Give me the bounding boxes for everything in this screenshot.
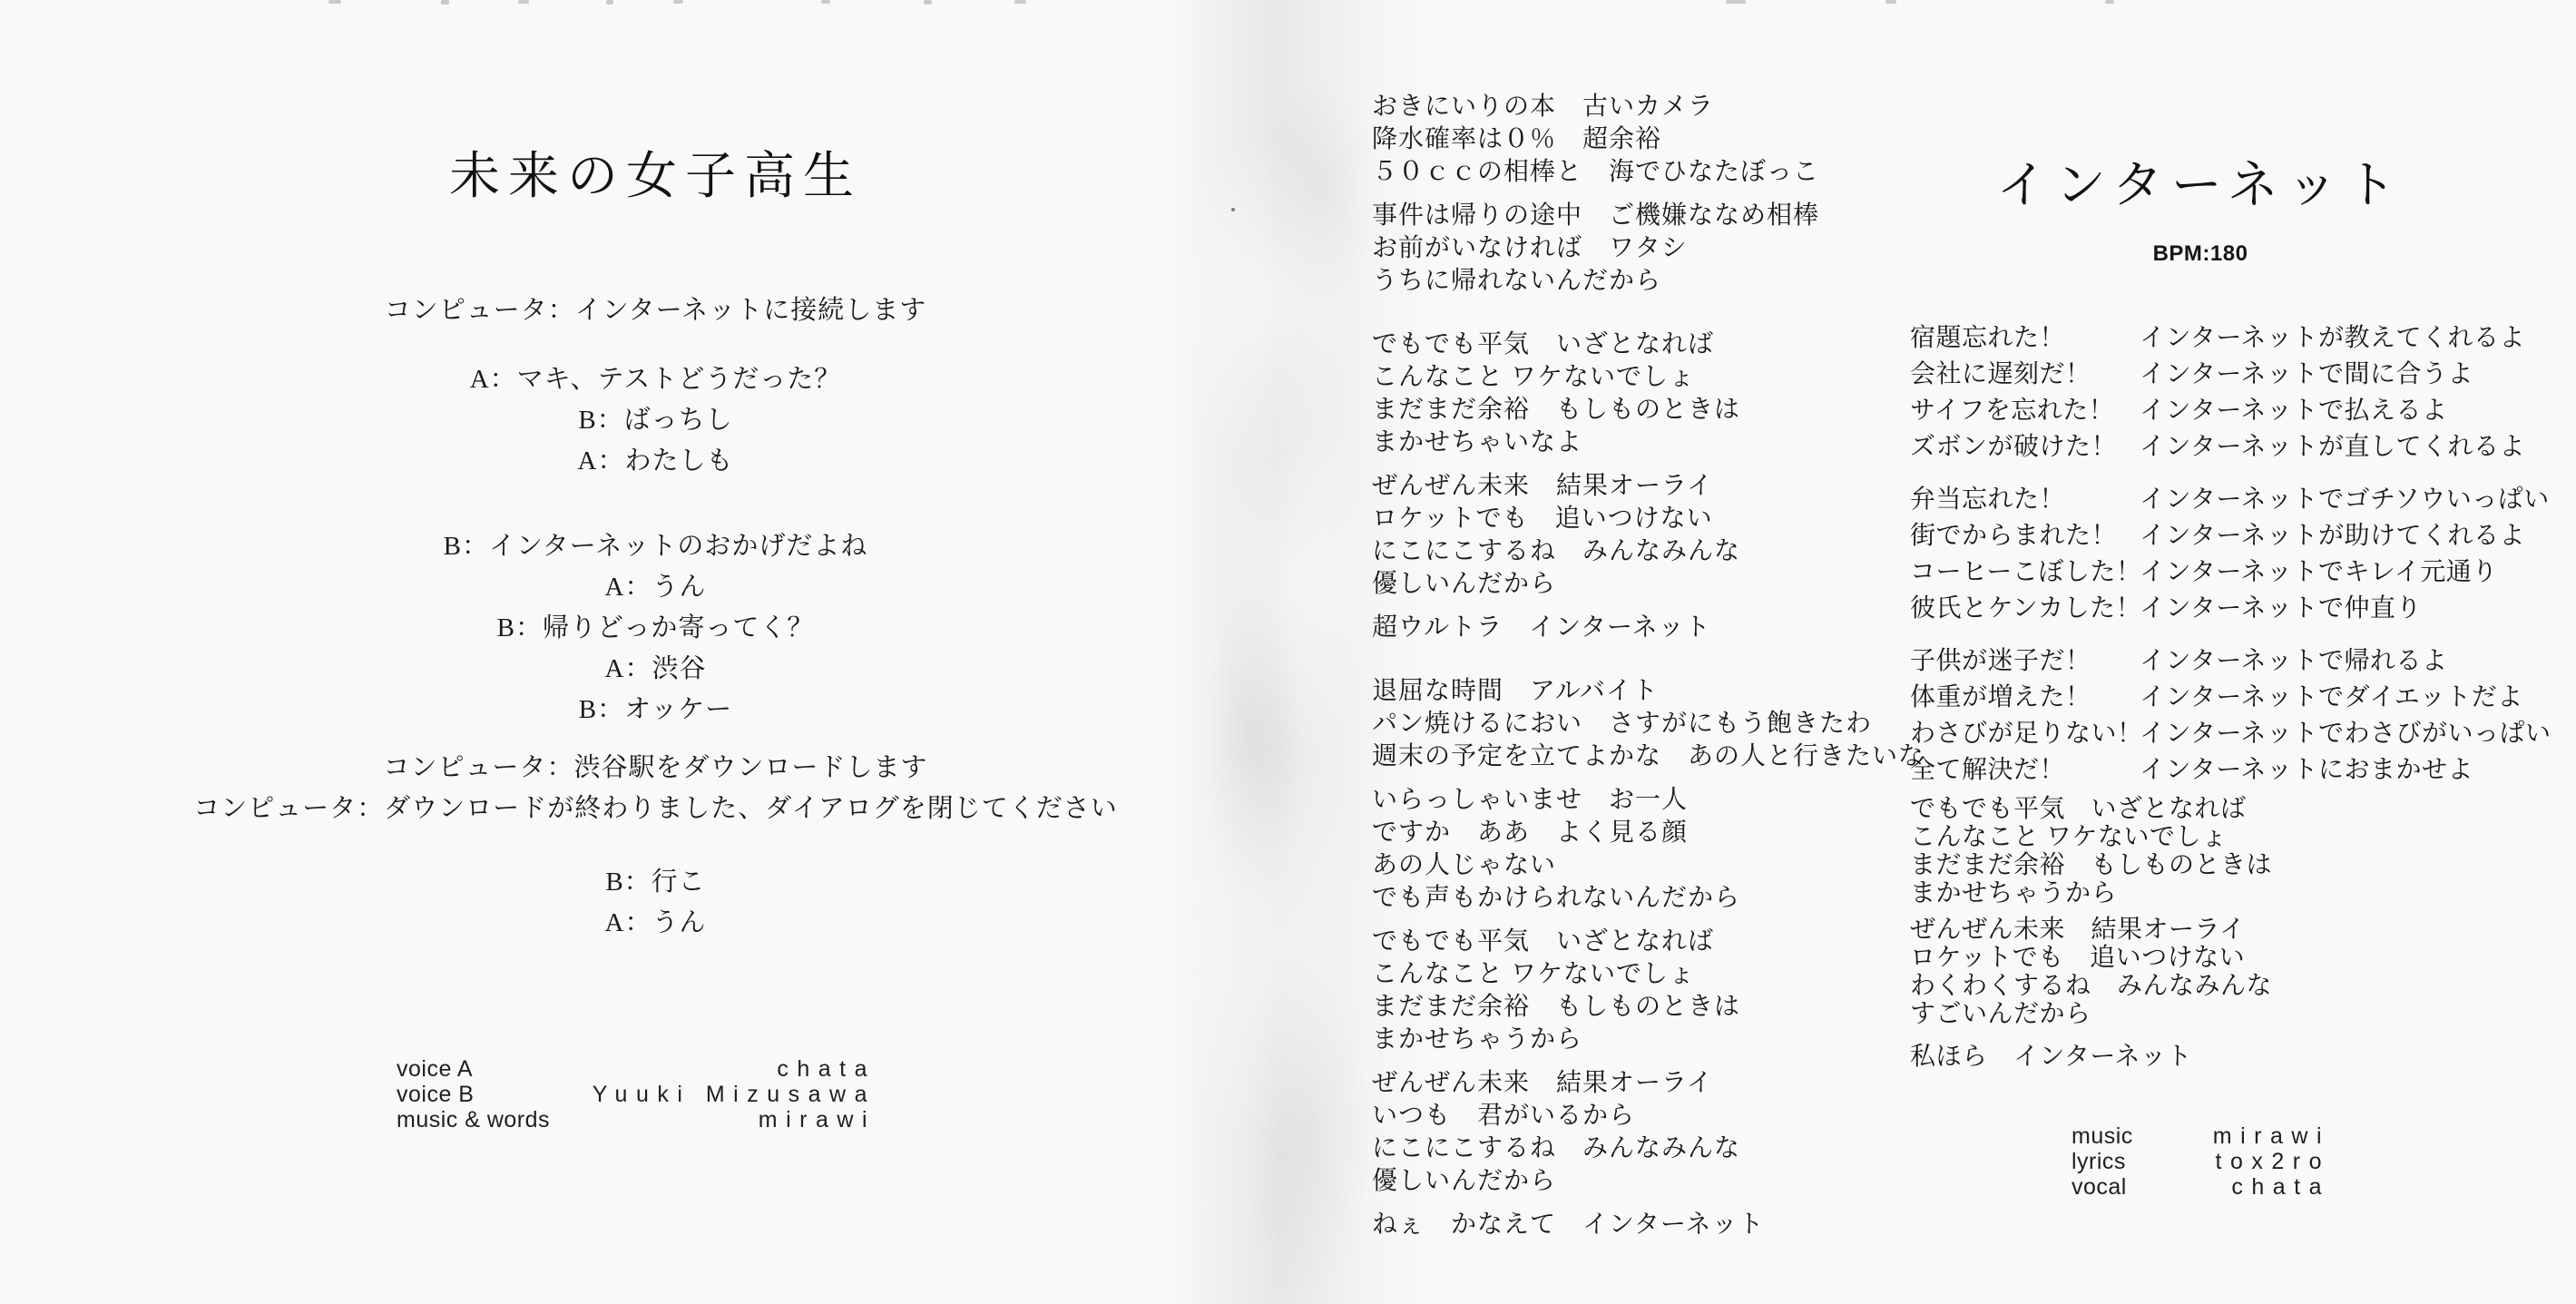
outro-line: 私ほら インターネット: [1910, 1036, 2192, 1073]
lyric-line: 優しいんだから: [1372, 1165, 1934, 1198]
lyric-line: こんなこと ワケないでしょ: [1910, 823, 2563, 851]
lyric-line: でもでも平気 いざとなれば: [1910, 795, 2563, 823]
right-stanza-1: でもでも平気 いざとなればこんなこと ワケないでしょまだまだ余裕 もしものときは…: [1910, 795, 2563, 907]
scan-artifact: [328, 0, 341, 4]
song-title-left: 未来の女子高生: [449, 149, 862, 205]
credit-row: music mirawi: [2072, 1123, 2330, 1149]
lyric-line: 超ウルトラ インターネット: [1372, 612, 1934, 644]
lyric-line: でも声もかけられないんだから: [1372, 882, 1934, 915]
credit-row: music & words mirawi: [397, 1107, 876, 1132]
scan-artifact: [441, 0, 449, 5]
lyric-line: まだまだ余裕 もしものときは: [1372, 394, 1934, 426]
credits-left: voice A chata voice B Yuuki Mizusawa mus…: [397, 1056, 876, 1132]
call-response-row: ズボンが破けた！インターネットが直してくれるよ: [1910, 426, 2572, 463]
credit-role: music & words: [397, 1107, 550, 1133]
lyric-line: 週末の予定を立てよかな あの人と行きたいな: [1372, 740, 1934, 773]
middle-stanza-7: いらっしゃいませ お一人ですか ああ よく見る顔あの人じゃないでも声もかけられな…: [1372, 784, 1934, 915]
call-response-row: 全て解決だ！インターネットにおまかせよ: [1910, 750, 2572, 786]
credit-row: voice B Yuuki Mizusawa: [397, 1082, 876, 1107]
lyric-line: ねぇ かなえて インターネット: [1372, 1209, 1934, 1241]
call-response-row: 会社に遅刻だ！インターネットで間に合うよ: [1910, 354, 2572, 390]
response-text: インターネットで帰れるよ: [2140, 641, 2447, 677]
call-text: 宿題忘れた！: [1910, 318, 2065, 354]
lyric-line: B：オッケー: [50, 690, 1261, 730]
call-response-row: サイフを忘れた！インターネットで払えるよ: [1910, 390, 2572, 426]
lyric-line: にこにこするね みんなみんな: [1372, 535, 1934, 568]
lyric-line: でもでも平気 いざとなれば: [1372, 328, 1934, 361]
lyric-line: A：マキ、テストどうだった？: [50, 359, 1261, 400]
lyric-line: A：うん: [50, 567, 1261, 608]
call-response-row: 宿題忘れた！インターネットが教えてくれるよ: [1910, 318, 2572, 354]
booklet-spread: 未来の女子高生 コンピュータ：インターネットに接続します A：マキ、テストどうだ…: [0, 0, 2576, 1304]
lyric-line: すごいんだから: [1910, 1000, 2563, 1028]
scan-artifact: [518, 0, 529, 4]
call-text: 全て解決だ！: [1910, 750, 2065, 786]
response-text: インターネットでダイエットだよ: [2140, 677, 2523, 713]
lyric-line: おきにいりの本 古いカメラ: [1372, 91, 1934, 123]
call-text: 彼氏とケンカした！: [1910, 588, 2141, 624]
credit-name: mirawi: [2213, 1123, 2330, 1150]
credit-name: tox2ro: [2216, 1149, 2330, 1175]
scan-artifact: [1014, 0, 1026, 4]
lyric-line: あの人じゃない: [1372, 849, 1934, 882]
dialogue-block-3: B：行こA：うん: [50, 862, 1261, 944]
lyric-line: A：わたしも: [50, 441, 1261, 482]
lyric-line: まかせちゃいなよ: [1372, 426, 1934, 459]
call-response-section-2: 弁当忘れた！インターネットでゴチソウいっぱい街でからまれた！インターネットが助け…: [1910, 479, 2572, 624]
credit-role: voice B: [397, 1082, 474, 1108]
call-response-section-1: 宿題忘れた！インターネットが教えてくれるよ会社に遅刻だ！インターネットで間に合う…: [1910, 318, 2572, 463]
song-title-right: インターネット: [1996, 158, 2405, 214]
credit-role: voice A: [397, 1056, 473, 1083]
lyric-line: いらっしゃいませ お一人: [1372, 784, 1934, 817]
lyric-line: コンピュータ：渋谷駅をダウンロードします: [50, 748, 1261, 789]
response-text: インターネットで払えるよ: [2140, 390, 2447, 426]
lyric-line: パン焼けるにおい さすがにもう飽きたわ: [1372, 708, 1934, 740]
call-text: 体重が増えた！: [1910, 677, 2091, 713]
response-text: インターネットが助けてくれるよ: [2140, 515, 2525, 552]
lyric-line: ぜんぜん未来 結果オーライ: [1372, 1067, 1934, 1100]
lyric-line: B：帰りどっか寄ってく？: [50, 608, 1261, 649]
scan-artifact: [1726, 0, 1746, 4]
dialogue-block-2: B：インターネットのおかげだよねA：うんB：帰りどっか寄ってく？A：渋谷B：オッ…: [50, 526, 1261, 730]
scan-artifact: [1885, 0, 1896, 4]
bpm-label: BPM:180: [1842, 241, 2559, 267]
lyric-line: ぜんぜん未来 結果オーライ: [1910, 916, 2563, 944]
response-text: インターネットが教えてくれるよ: [2140, 318, 2525, 354]
computer-line-1: コンピュータ：インターネットに接続します: [50, 290, 1261, 331]
response-text: インターネットでゴチソウいっぱい: [2140, 479, 2550, 515]
call-response-row: 弁当忘れた！インターネットでゴチソウいっぱい: [1910, 479, 2572, 515]
lyric-line: でもでも平気 いざとなれば: [1372, 926, 1934, 958]
call-text: サイフを忘れた！: [1910, 390, 2114, 426]
middle-stanza-4: ぜんぜん未来 結果オーライロケットでも 追いつけないにこにこするね みんなみんな…: [1372, 470, 1934, 601]
response-text: インターネットでキレイ元通り: [2140, 552, 2498, 588]
dialogue-block-1: A：マキ、テストどうだった？B：ばっちしA：わたしも: [50, 359, 1261, 482]
lyric-line: まかせちゃうから: [1372, 1024, 1934, 1056]
lyric-line: A：渋谷: [50, 649, 1261, 690]
lyric-line: B：行こ: [50, 862, 1261, 903]
lyric-line: A：うん: [50, 903, 1261, 944]
middle-stanza-6: 退屈な時間 アルバイトパン焼けるにおい さすがにもう飽きたわ週末の予定を立てよか…: [1372, 675, 1934, 773]
lyric-line: まだまだ余裕 もしものときは: [1372, 991, 1934, 1024]
call-text: 子供が迷子だ！: [1910, 641, 2091, 677]
call-text: 会社に遅刻だ！: [1910, 354, 2091, 390]
credit-name: Yuuki Mizusawa: [593, 1082, 876, 1108]
lyric-line: こんなこと ワケないでしょ: [1372, 361, 1934, 394]
response-text: インターネットでわさびがいっぱい: [2140, 713, 2551, 750]
credit-role: vocal: [2072, 1174, 2127, 1201]
call-response-row: 街でからまれた！インターネットが助けてくれるよ: [1910, 515, 2572, 552]
lyric-line: コンピュータ：ダウンロードが終わりました、ダイアログを閉じてください: [50, 789, 1261, 829]
scan-artifact: [606, 0, 613, 5]
lyric-line: わくわくするね みんなみんな: [1910, 972, 2563, 1000]
lyric-line: ですか ああ よく見る顔: [1372, 817, 1934, 849]
call-text: ズボンが破けた！: [1910, 426, 2117, 463]
response-text: インターネットが直してくれるよ: [2140, 426, 2525, 463]
lyric-line: まかせちゃうから: [1910, 879, 2563, 907]
lyric-line: にこにこするね みんなみんな: [1372, 1132, 1934, 1165]
lyric-line: B：ばっちし: [50, 400, 1261, 441]
middle-stanza-5: 超ウルトラ インターネット: [1372, 612, 1934, 644]
response-text: インターネットで間に合うよ: [2140, 354, 2473, 390]
credits-right: music mirawi lyrics tox2ro vocal chata: [2072, 1123, 2330, 1200]
lyric-line: こんなこと ワケないでしょ: [1372, 958, 1934, 991]
middle-stanza-9: ぜんぜん未来 結果オーライいつも 君がいるからにこにこするね みんなみんな優しい…: [1372, 1067, 1934, 1198]
scan-artifact: [2105, 0, 2114, 4]
lyric-line: 退屈な時間 アルバイト: [1372, 675, 1934, 708]
call-response-row: 子供が迷子だ！インターネットで帰れるよ: [1910, 641, 2572, 677]
right-stanza-2: ぜんぜん未来 結果オーライロケットでも 追いつけないわくわくするね みんなみんな…: [1910, 916, 2563, 1028]
credit-row: voice A chata: [397, 1056, 876, 1082]
call-text: コーヒーこぼした！: [1910, 552, 2141, 588]
lyric-line: ロケットでも 追いつけない: [1372, 503, 1934, 535]
credit-name: chata: [2231, 1174, 2330, 1201]
call-text: 弁当忘れた！: [1910, 479, 2065, 515]
credit-row: lyrics tox2ro: [2072, 1149, 2330, 1174]
credit-row: vocal chata: [2072, 1174, 2330, 1200]
middle-stanza-10: ねぇ かなえて インターネット: [1372, 1209, 1934, 1241]
left-page-header: 未来の女子高生: [50, 136, 1261, 209]
computer-lines-2: コンピュータ：渋谷駅をダウンロードしますコンピュータ：ダウンロードが終わりました…: [50, 748, 1261, 829]
call-text: わさびが足りない！: [1910, 713, 2143, 750]
call-text: 街でからまれた！: [1910, 515, 2117, 552]
lyric-line: B：インターネットのおかげだよね: [50, 526, 1261, 567]
call-response-row: コーヒーこぼした！インターネットでキレイ元通り: [1910, 552, 2572, 588]
response-text: インターネットにおまかせよ: [2140, 750, 2473, 786]
call-response-row: わさびが足りない！インターネットでわさびがいっぱい: [1910, 713, 2572, 750]
credit-role: lyrics: [2072, 1149, 2126, 1175]
call-response-row: 体重が増えた！インターネットでダイエットだよ: [1910, 677, 2572, 713]
middle-stanza-8: でもでも平気 いざとなればこんなこと ワケないでしょまだまだ余裕 もしものときは…: [1372, 926, 1934, 1056]
lyric-line: まだまだ余裕 もしものときは: [1910, 851, 2563, 879]
scan-artifact: [821, 0, 830, 4]
right-page-header: インターネット BPM:180: [1842, 145, 2559, 267]
scan-artifact: [924, 0, 932, 5]
scan-artifact: [673, 0, 683, 4]
response-text: インターネットで仲直り: [2140, 588, 2422, 624]
lyric-line: ぜんぜん未来 結果オーライ: [1372, 470, 1934, 503]
lyric-line: ロケットでも 追いつけない: [1910, 944, 2563, 972]
lyric-line: いつも 君がいるから: [1372, 1100, 1934, 1132]
middle-stanza-3: でもでも平気 いざとなればこんなこと ワケないでしょまだまだ余裕 もしものときは…: [1372, 328, 1934, 459]
credit-name: mirawi: [759, 1107, 876, 1133]
lyric-line: うちに帰れないんだから: [1372, 265, 1934, 298]
call-response-section-3: 子供が迷子だ！インターネットで帰れるよ体重が増えた！インターネットでダイエットだ…: [1910, 641, 2572, 786]
call-response-row: 彼氏とケンカした！インターネットで仲直り: [1910, 588, 2572, 624]
credit-role: music: [2072, 1123, 2133, 1150]
credit-name: chata: [777, 1056, 876, 1083]
lyric-line: 優しいんだから: [1372, 568, 1934, 601]
